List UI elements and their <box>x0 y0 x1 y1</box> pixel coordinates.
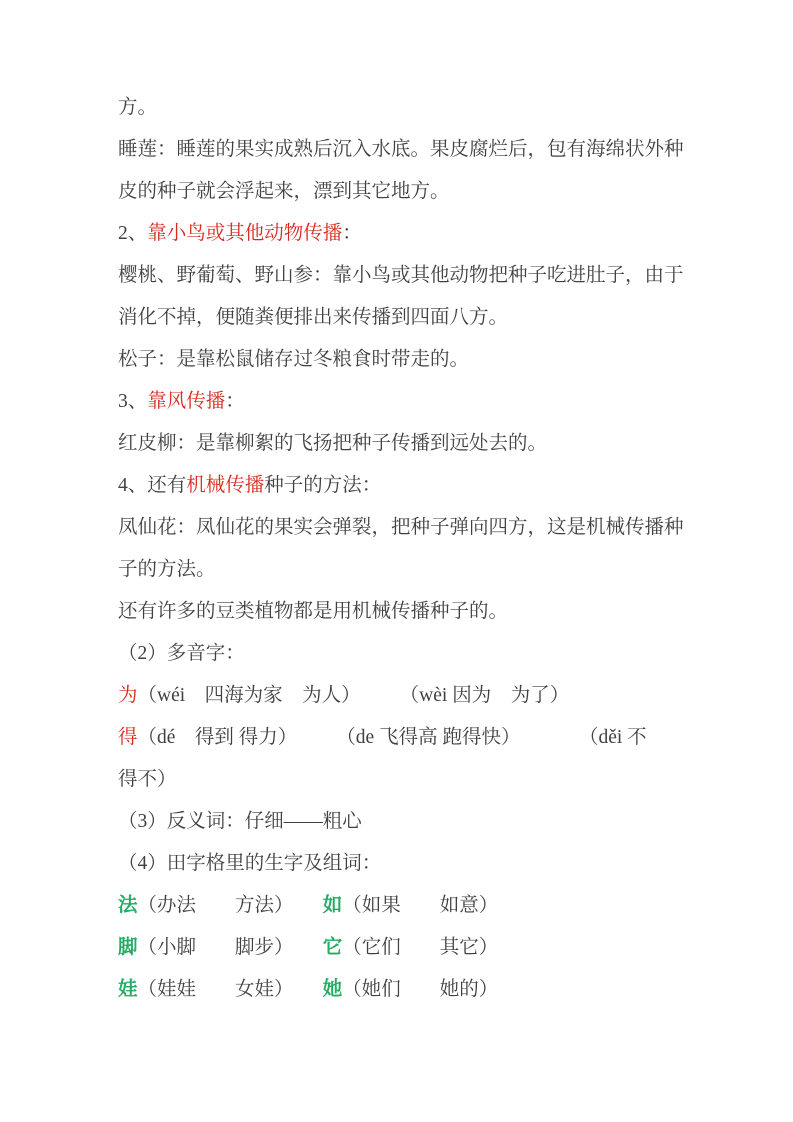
body-text: 樱桃、野葡萄、野山参：靠小鸟或其他动物把种子吃进肚子，由于 <box>118 265 684 286</box>
highlighted-red-text: 为 <box>118 685 138 706</box>
body-text: 松子：是靠松鼠储存过冬粮食时带走的。 <box>118 349 469 370</box>
body-text: （4）田字格里的生字及组词： <box>118 853 381 874</box>
text-line: 得不） <box>118 759 683 801</box>
text-line: （3）反义词：仔细——粗心 <box>118 801 683 843</box>
document-page: 方。睡莲：睡莲的果实成熟后沉入水底。果皮腐烂后，包有海绵状外种皮的种子就会浮起来… <box>0 0 793 1122</box>
body-text: 消化不掉，便随粪便排出来传播到四面八方。 <box>118 307 508 328</box>
highlighted-red-text: 得 <box>118 727 138 748</box>
text-line: 红皮柳：是靠柳絮的飞扬把种子传播到远处去的。 <box>118 423 683 465</box>
body-text: （它们 其它） <box>342 937 498 958</box>
body-text: 红皮柳：是靠柳絮的飞扬把种子传播到远处去的。 <box>118 433 547 454</box>
text-line: （4）田字格里的生字及组词： <box>118 843 683 885</box>
text-line: 4、还有机械传播种子的方法： <box>118 465 683 507</box>
text-line: 皮的种子就会浮起来，漂到其它地方。 <box>118 171 683 213</box>
body-text: 子的方法。 <box>118 559 216 580</box>
body-text: 得不） <box>118 769 177 790</box>
body-text: 4、还有 <box>118 475 186 496</box>
text-line: 方。 <box>118 87 683 129</box>
highlighted-red-text: 靠风传播 <box>147 391 225 412</box>
body-text: 凤仙花：凤仙花的果实会弹裂，把种子弹向四方，这是机械传播种 <box>118 517 684 538</box>
body-text: ： <box>342 223 362 244</box>
body-text: （2）多音字： <box>118 643 245 664</box>
body-text: 皮的种子就会浮起来，漂到其它地方。 <box>118 181 450 202</box>
text-line: （2）多音字： <box>118 633 683 675</box>
body-text: （娃娃 女娃） <box>138 979 323 1000</box>
highlighted-red-text: 机械传播 <box>186 475 264 496</box>
text-line: 为（wéi 四海为家 为人） （wèi 因为 为了） <box>118 675 683 717</box>
text-line: 2、靠小鸟或其他动物传播： <box>118 213 683 255</box>
body-text: 还有许多的豆类植物都是用机械传播种子的。 <box>118 601 508 622</box>
body-text: （小脚 脚步） <box>138 937 323 958</box>
body-text: 种子的方法： <box>264 475 381 496</box>
text-line: 脚（小脚 脚步） 它（它们 其它） <box>118 927 683 969</box>
body-text: （办法 方法） <box>138 895 323 916</box>
new-character-green: 如 <box>323 895 343 916</box>
body-text: （如果 如意） <box>342 895 498 916</box>
text-line: 还有许多的豆类植物都是用机械传播种子的。 <box>118 591 683 633</box>
text-line: 樱桃、野葡萄、野山参：靠小鸟或其他动物把种子吃进肚子，由于 <box>118 255 683 297</box>
text-line: 法（办法 方法） 如（如果 如意） <box>118 885 683 927</box>
body-text: 方。 <box>118 97 157 118</box>
body-text: （3）反义词：仔细——粗心 <box>118 811 362 832</box>
text-line: 3、靠风传播： <box>118 381 683 423</box>
body-text: 睡莲：睡莲的果实成熟后沉入水底。果皮腐烂后，包有海绵状外种 <box>118 139 684 160</box>
body-text: （dé 得到 得力） （de 飞得高 跑得快） （děi 不 <box>138 727 647 748</box>
new-character-green: 法 <box>118 895 138 916</box>
text-line: 子的方法。 <box>118 549 683 591</box>
text-line: 消化不掉，便随粪便排出来传播到四面八方。 <box>118 297 683 339</box>
text-line: 松子：是靠松鼠储存过冬粮食时带走的。 <box>118 339 683 381</box>
body-text: 3、 <box>118 391 147 412</box>
text-line: 睡莲：睡莲的果实成熟后沉入水底。果皮腐烂后，包有海绵状外种 <box>118 129 683 171</box>
body-text: 2、 <box>118 223 147 244</box>
new-character-green: 娃 <box>118 979 138 1000</box>
highlighted-red-text: 靠小鸟或其他动物传播 <box>147 223 342 244</box>
body-text: （她们 她的） <box>342 979 498 1000</box>
text-line: 娃（娃娃 女娃） 她（她们 她的） <box>118 969 683 1011</box>
text-line: 凤仙花：凤仙花的果实会弹裂，把种子弹向四方，这是机械传播种 <box>118 507 683 549</box>
body-text: （wéi 四海为家 为人） （wèi 因为 为了） <box>138 685 570 706</box>
new-character-green: 她 <box>323 979 343 1000</box>
body-text: ： <box>225 391 245 412</box>
new-character-green: 脚 <box>118 937 138 958</box>
new-character-green: 它 <box>323 937 343 958</box>
text-line: 得（dé 得到 得力） （de 飞得高 跑得快） （děi 不 <box>118 717 683 759</box>
